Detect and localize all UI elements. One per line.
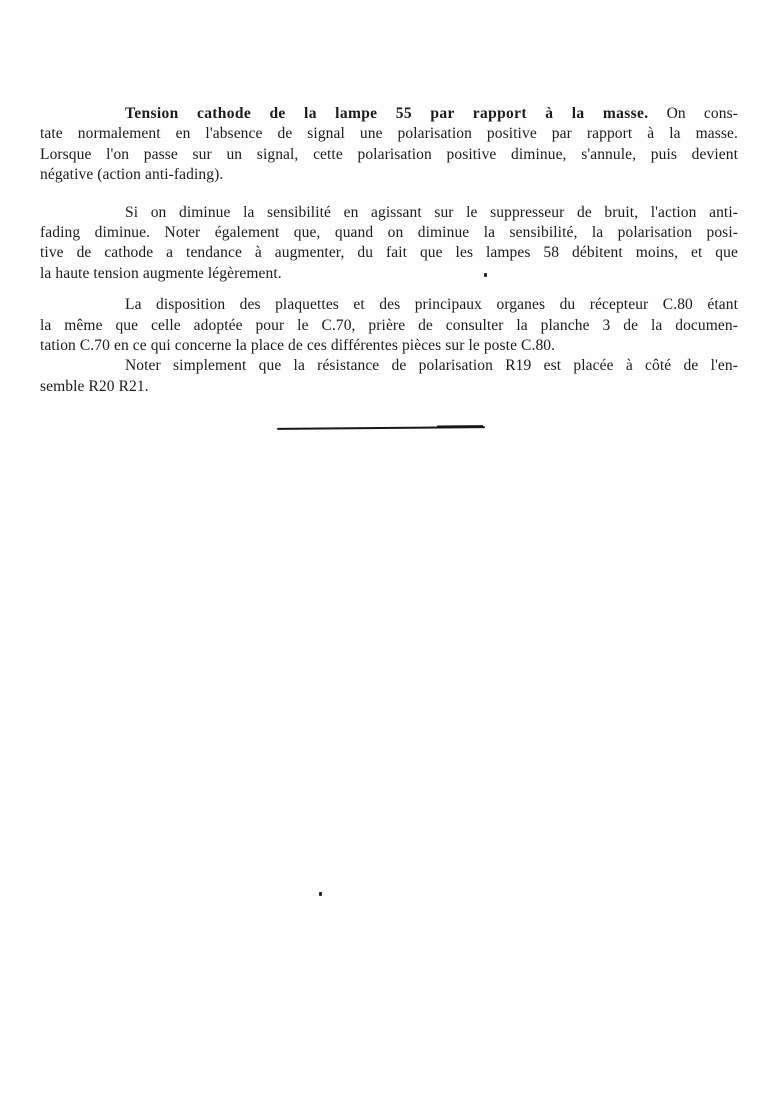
text-line: la haute tension augmente légèrement. [40, 264, 738, 284]
paragraph-2: Si on diminue la sensibilité en agissant… [40, 203, 738, 285]
document-page: Tension cathode de la lampe 55 par rappo… [0, 0, 776, 1116]
paragraph-4: Noter simplement que la résistance de po… [40, 356, 738, 397]
text-line: négative (action anti-fading). [40, 165, 738, 185]
section-divider [277, 426, 485, 430]
text-line: fading diminue. Noter également que, qua… [40, 223, 738, 243]
text-block: Tension cathode de la lampe 55 par rappo… [40, 104, 738, 397]
text-line: tate normalement en l'absence de signal … [40, 124, 738, 144]
ink-speck [484, 273, 487, 277]
heading-tail-text: On cons- [667, 105, 738, 122]
text-line: Tension cathode de la lampe 55 par rappo… [40, 104, 738, 124]
text-line: la même que celle adoptée pour le C.70, … [40, 316, 738, 336]
paragraph-1: Tension cathode de la lampe 55 par rappo… [40, 104, 738, 186]
section-heading: Tension cathode de la lampe 55 par rappo… [125, 105, 648, 122]
text-line: semble R20 R21. [40, 377, 738, 397]
ink-speck [319, 892, 322, 896]
text-line: tive de cathode a tendance à augmenter, … [40, 243, 738, 263]
paragraph-3: La disposition des plaquettes et des pri… [40, 295, 738, 356]
text-line: Noter simplement que la résistance de po… [40, 356, 738, 376]
text-line: Lorsque l'on passe sur un signal, cette … [40, 145, 738, 165]
text-line: La disposition des plaquettes et des pri… [40, 295, 738, 315]
text-line: Si on diminue la sensibilité en agissant… [40, 203, 738, 223]
text-line: tation C.70 en ce qui concerne la place … [40, 336, 738, 356]
